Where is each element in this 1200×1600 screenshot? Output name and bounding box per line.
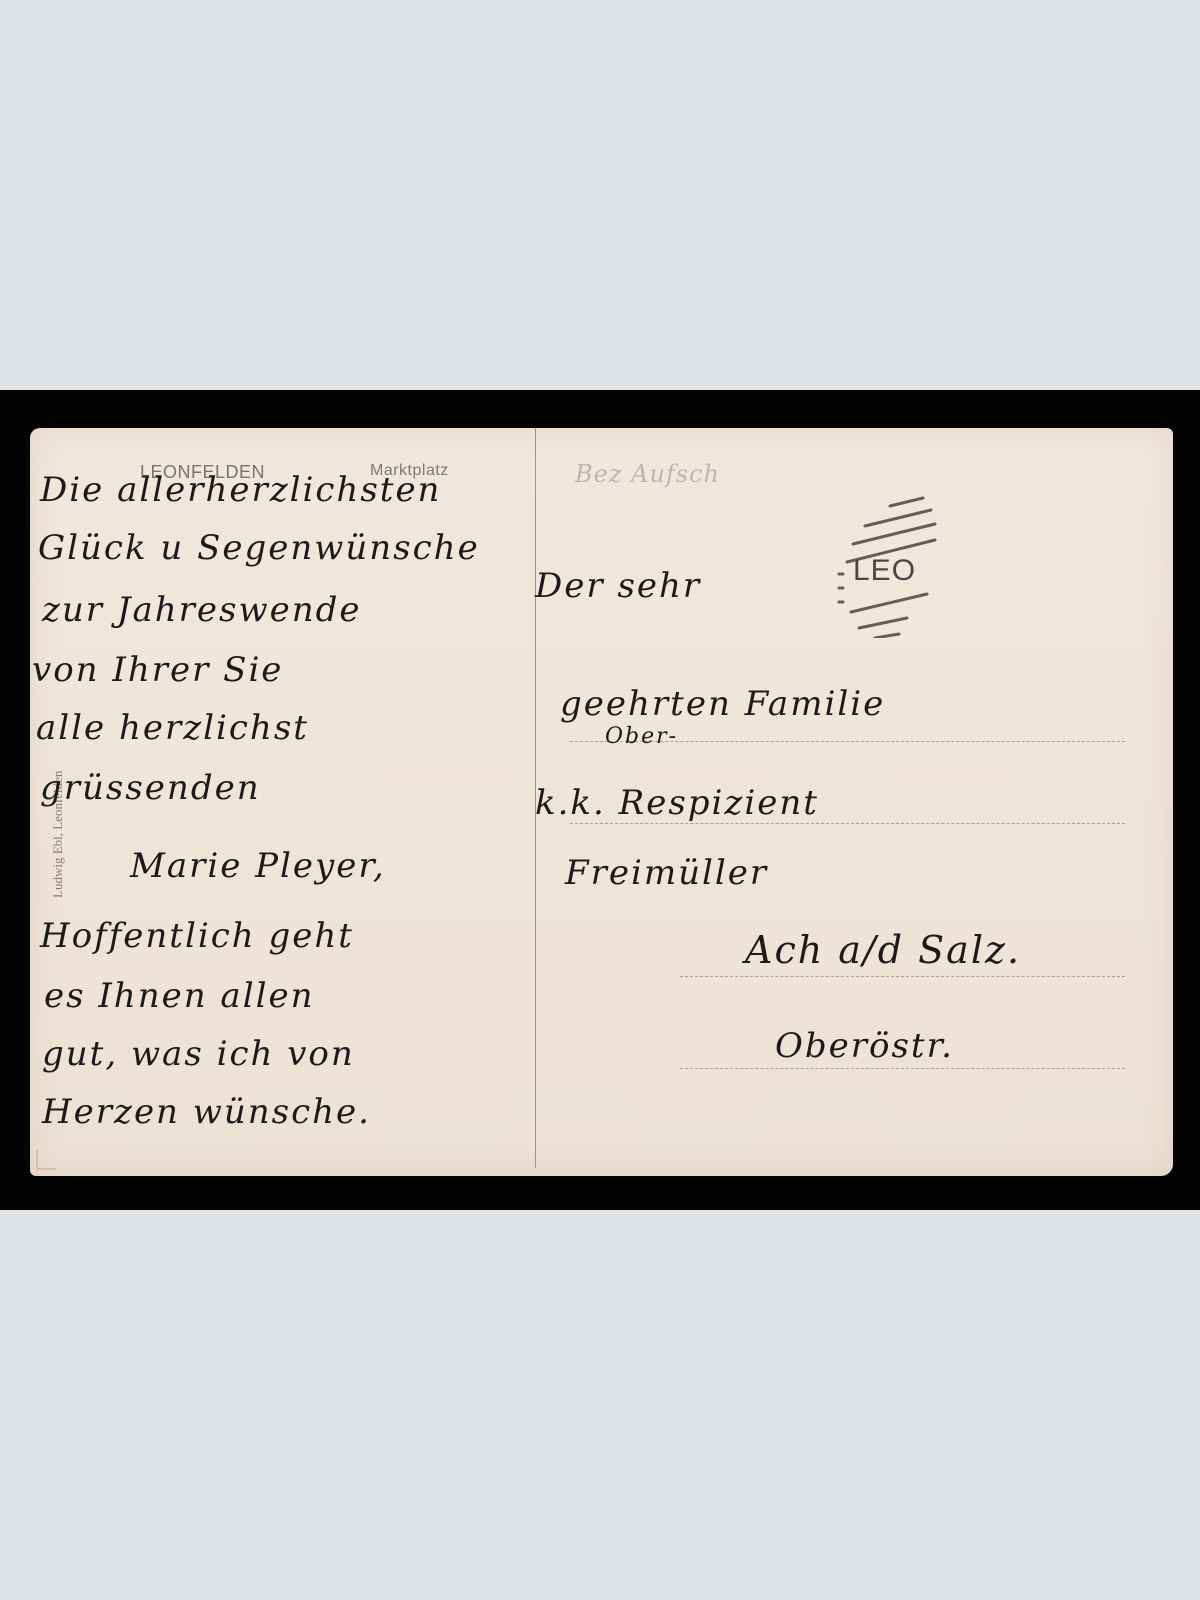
message-line: alle herzlichst [36,708,309,748]
address-line: Oberöstr. [775,1026,954,1066]
message-line: Herzen wünsche. [42,1092,371,1132]
address-line: Freimüller [565,853,768,893]
message-line: Hoffentlich geht [40,916,354,956]
message-line: Glück u Segenwünsche [38,528,480,568]
signature: Marie Pleyer, [130,846,386,886]
address-line: k.k. Respizient [535,783,819,823]
postcard: LEONFELDEN Marktplatz Ludwig Ebl, Leonfe… [30,428,1173,1176]
message-line: gut, was ich von [42,1034,355,1074]
message-line: Die allerherzlichsten [40,470,441,510]
message-line: grüssenden [40,768,261,808]
address-line: Der sehr [535,566,701,606]
message-line: zur Jahreswende [42,590,362,630]
address-line-2 [570,823,1125,824]
postmark-text: LEO [853,554,916,588]
corner-wear [36,1150,56,1170]
message-line: von Ihrer Sie [32,650,283,690]
address-line: geehrten Familie [560,684,885,724]
address-line-4 [680,1068,1125,1069]
address-line: Ober- [605,724,678,749]
address-line-3 [680,976,1125,977]
pencil-annotation: Bez Aufsch [575,460,720,488]
message-line: es Ihnen allen [44,976,314,1016]
postmark-cancellation: LEO [835,488,945,638]
address-line: Ach a/d Salz. [745,928,1021,972]
